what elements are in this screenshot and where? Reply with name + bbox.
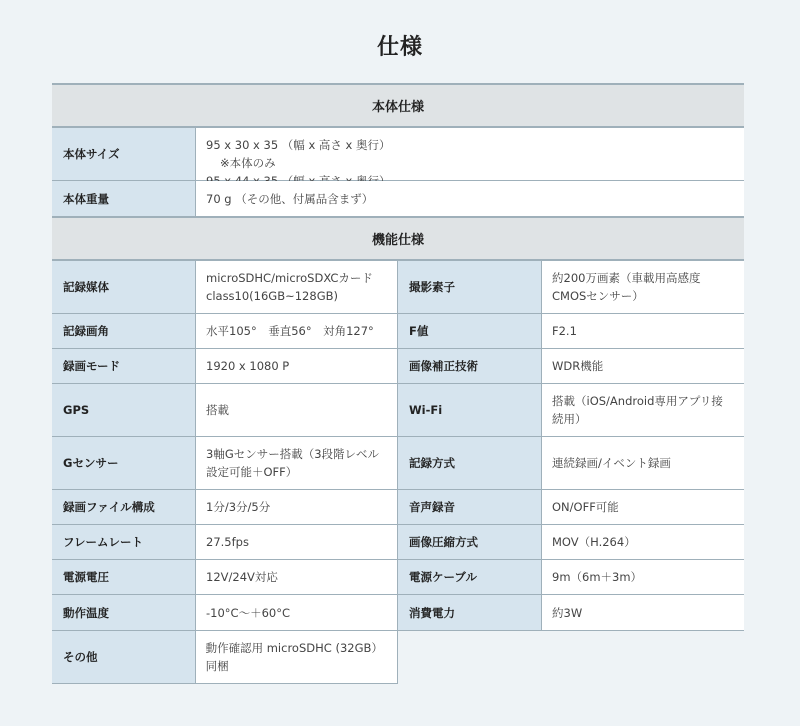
row-value: 動作確認用 microSDHC (32GB）同梱 — [196, 631, 397, 683]
row-value: 約3W — [542, 595, 744, 630]
page-title: 仕様 — [0, 30, 800, 61]
row-value: F2.1 — [542, 314, 744, 348]
row-label: 撮影素子 — [398, 261, 542, 313]
row-value: ON/OFF可能 — [542, 490, 744, 524]
row-label: GPS — [52, 384, 196, 436]
section-heading-body: 本体仕様 — [52, 83, 744, 128]
row-label: 記録媒体 — [52, 261, 196, 313]
row-value: 95 x 30 x 35 （幅 x 高さ x 奥行）※本体のみ 95 x 44 … — [196, 128, 744, 180]
row-label: 画像補正技術 — [398, 349, 542, 383]
row-value: 連続録画/イベント録画 — [542, 437, 744, 489]
row-label: その他 — [52, 631, 196, 683]
size-note-1: ※本体のみ — [220, 156, 276, 170]
table-row-size: 本体サイズ 95 x 30 x 35 （幅 x 高さ x 奥行）※本体のみ 95… — [52, 128, 744, 181]
table-row: 電源電圧 12V/24V対応 電源ケーブル 9m（6m＋3m） — [52, 560, 744, 595]
row-value: 27.5fps — [196, 525, 398, 559]
table-row: Gセンサー 3軸Gセンサー搭載（3段階レベル設定可能＋OFF） 記録方式 連続録… — [52, 437, 744, 490]
row-label: 消費電力 — [398, 595, 542, 630]
row-value: 1920 x 1080 P — [196, 349, 398, 383]
row-label: 録画モード — [52, 349, 196, 383]
table-row: 記録媒体 microSDHC/microSDXCカード class10(16GB… — [52, 261, 744, 314]
row-value: 1分/3分/5分 — [196, 490, 398, 524]
table-row: 録画モード 1920 x 1080 P 画像補正技術 WDR機能 — [52, 349, 744, 384]
row-label: 電源ケーブル — [398, 560, 542, 594]
row-value: 70 g （その他、付属品含まず） — [196, 181, 744, 216]
row-value: 搭載（iOS/Android専用アプリ接続用） — [542, 384, 744, 436]
table-row: 記録画角 水平105° 垂直56° 対角127° F値 F2.1 — [52, 314, 744, 349]
row-label: 本体サイズ — [52, 128, 196, 180]
row-label: Wi-Fi — [398, 384, 542, 436]
row-value: -10°C～＋60°C — [196, 595, 398, 630]
row-value: microSDHC/microSDXCカード class10(16GB~128G… — [196, 261, 398, 313]
row-label: 記録方式 — [398, 437, 542, 489]
row-label: 録画ファイル構成 — [52, 490, 196, 524]
row-value: 12V/24V対応 — [196, 560, 398, 594]
row-label: 音声録音 — [398, 490, 542, 524]
table-row-weight: 本体重量 70 g （その他、付属品含まず） — [52, 181, 744, 216]
row-value: WDR機能 — [542, 349, 744, 383]
row-label: 動作温度 — [52, 595, 196, 630]
row-label: 本体重量 — [52, 181, 196, 216]
row-label: Gセンサー — [52, 437, 196, 489]
row-value: 3軸Gセンサー搭載（3段階レベル設定可能＋OFF） — [196, 437, 398, 489]
size-line-1: 95 x 30 x 35 （幅 x 高さ x 奥行） — [206, 136, 734, 154]
row-label: 電源電圧 — [52, 560, 196, 594]
table-row-other: その他 動作確認用 microSDHC (32GB）同梱 — [52, 631, 398, 684]
row-value: 水平105° 垂直56° 対角127° — [196, 314, 398, 348]
table-row: GPS 搭載 Wi-Fi 搭載（iOS/Android専用アプリ接続用） — [52, 384, 744, 437]
row-value: MOV（H.264） — [542, 525, 744, 559]
table-row: 動作温度 -10°C～＋60°C 消費電力 約3W — [52, 595, 744, 631]
row-label: 記録画角 — [52, 314, 196, 348]
table-row: 録画ファイル構成 1分/3分/5分 音声録音 ON/OFF可能 — [52, 490, 744, 525]
section-heading-function: 機能仕様 — [52, 216, 744, 261]
row-value: 搭載 — [196, 384, 398, 436]
row-value: 9m（6m＋3m） — [542, 560, 744, 594]
row-label: F値 — [398, 314, 542, 348]
row-value: 約200万画素（車載用高感度CMOSセンサー） — [542, 261, 744, 313]
spec-table: 本体仕様 本体サイズ 95 x 30 x 35 （幅 x 高さ x 奥行）※本体… — [52, 83, 744, 684]
row-label: 画像圧縮方式 — [398, 525, 542, 559]
row-label: フレームレート — [52, 525, 196, 559]
table-row: フレームレート 27.5fps 画像圧縮方式 MOV（H.264） — [52, 525, 744, 560]
